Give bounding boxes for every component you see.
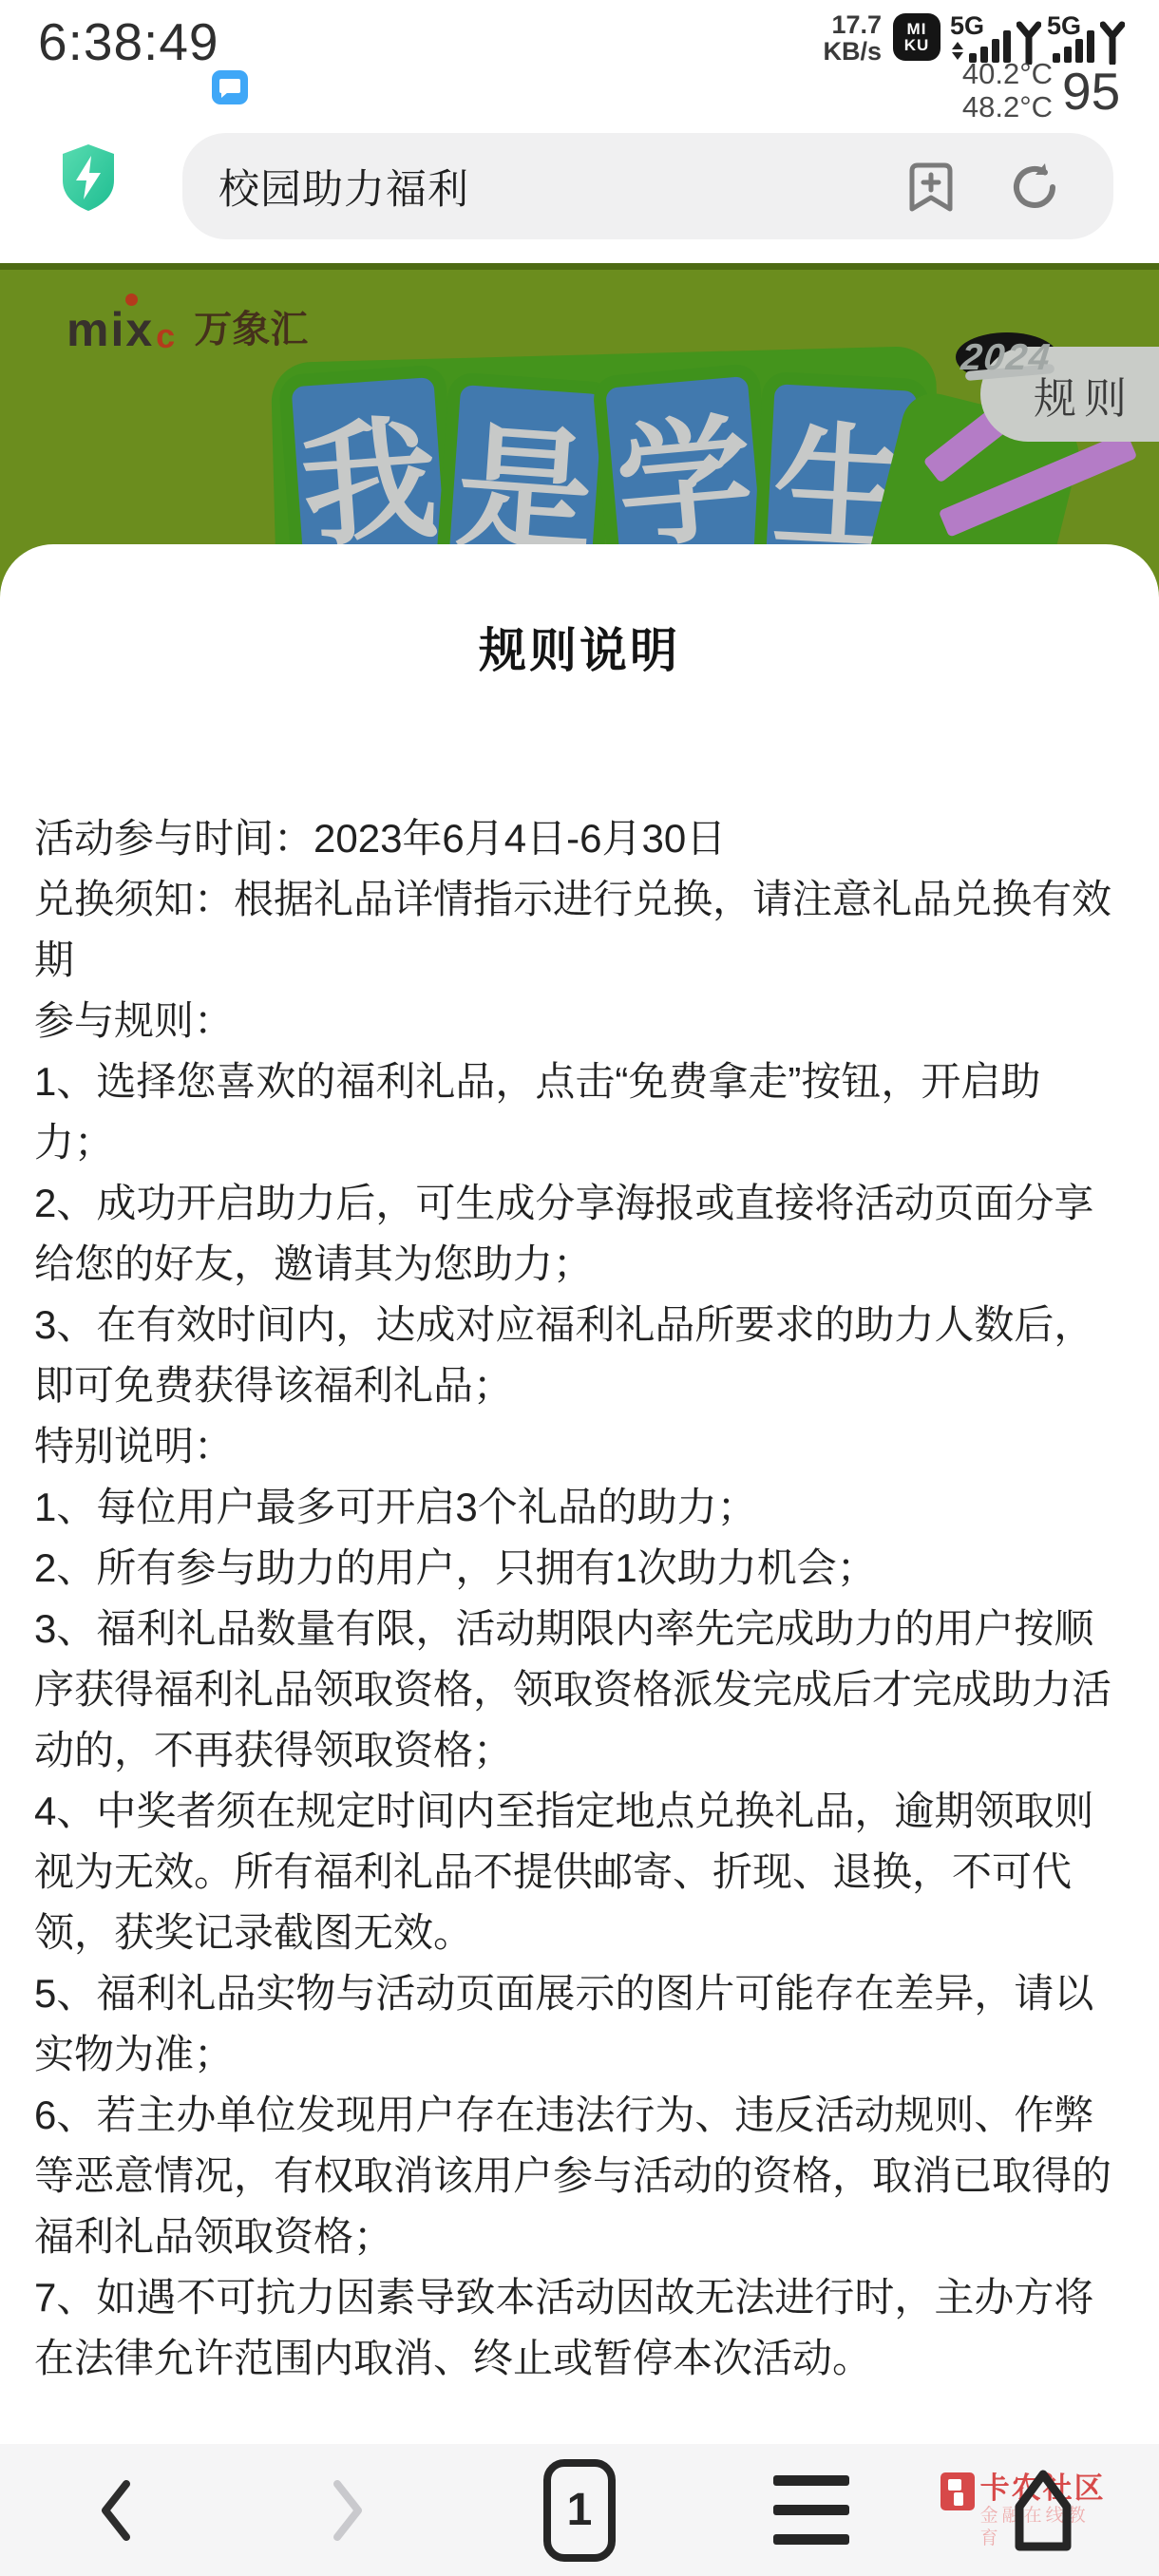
home-icon — [1006, 2465, 1080, 2556]
watermark-logo-icon — [940, 2472, 975, 2510]
miku-carrier-icon: MI KU — [893, 13, 940, 61]
rule-paragraph: 4、中奖者须在规定时间内至指定地点兑换礼品，逾期领取则视为无效。所有福利礼品不提… — [34, 1781, 1117, 1963]
refresh-icon[interactable] — [1009, 161, 1060, 213]
rule-paragraph: 2、成功开启助力后，可生成分享海报或直接将活动页面分享给您的好友，邀请其为您助力… — [34, 1173, 1117, 1295]
menu-button[interactable] — [745, 2453, 878, 2567]
chevron-right-icon — [330, 2478, 366, 2543]
back-button[interactable] — [49, 2453, 182, 2567]
sim2-signal-bars-icon — [1053, 30, 1094, 63]
mixc-logo: mix c 万象汇 — [66, 309, 308, 350]
status-bar: 6:38:49 17.7 KB/s MI KU 5G 5G — [0, 0, 1159, 133]
rule-paragraph: 3、福利礼品数量有限，活动期限内率先完成助力的用户按顺序获得福利礼品领取资格，领… — [34, 1599, 1117, 1781]
temperature-readout: 40.2°C 48.2°C — [921, 57, 1053, 123]
message-notification-icon — [212, 70, 248, 104]
brand-c-text: c — [156, 322, 175, 350]
network-speed: 17.7 KB/s — [809, 11, 882, 65]
network-speed-unit: KB/s — [809, 38, 882, 65]
rules-modal: 规则说明 活动参与时间：2023年6月4日-6月30日 兑换须知：根据礼品详情指… — [0, 544, 1159, 2576]
rule-paragraph: 兑换须知：根据礼品详情指示进行兑换，请注意礼品兑换有效期 — [34, 869, 1117, 991]
browser-address-row: 校园助力福利 — [0, 133, 1159, 263]
rule-paragraph: 3、在有效时间内，达成对应福利礼品所要求的助力人数后，即可免费获得该福利礼品； — [34, 1295, 1117, 1416]
brand-mix-text: mix — [66, 309, 154, 350]
rule-paragraph: 活动参与时间：2023年6月4日-6月30日 — [34, 808, 1117, 869]
chevron-left-icon — [98, 2478, 134, 2543]
tab-counter[interactable]: 1 — [543, 2459, 616, 2562]
browser-bottom-nav: 1 卡农社区 金融在线教育 — [0, 2444, 1159, 2576]
speech-bubble-icon — [219, 79, 240, 93]
modal-title: 规则说明 — [0, 613, 1159, 681]
temperature-2: 48.2°C — [921, 90, 1053, 123]
rule-paragraph: 1、选择您喜欢的福利礼品，点击“免费拿走”按钮，开启助力； — [34, 1051, 1117, 1173]
address-search-field[interactable]: 校园助力福利 — [182, 133, 1113, 239]
battery-percent: 95 — [1062, 61, 1120, 122]
phone-screen: 6:38:49 17.7 KB/s MI KU 5G 5G — [0, 0, 1159, 2576]
carrier-line1: MI — [907, 21, 927, 37]
rule-paragraph: 1、每位用户最多可开启3个礼品的助力； — [34, 1477, 1117, 1538]
banner-top-stripe — [0, 263, 1159, 270]
rule-paragraph: 5、福利礼品实物与活动页面展示的图片可能存在差异，请以实物为准； — [34, 1963, 1117, 2085]
rule-paragraph: 特别说明： — [34, 1416, 1117, 1477]
bookmark-add-icon[interactable] — [908, 161, 954, 215]
rule-paragraph: 参与规则： — [34, 991, 1117, 1051]
temperature-1: 40.2°C — [921, 57, 1053, 90]
sim2-signal-indicator: 5G — [1047, 11, 1123, 65]
brand-chinese-name: 万象汇 — [194, 309, 308, 350]
network-speed-value: 17.7 — [809, 11, 882, 38]
sim2-antenna-icon — [1100, 21, 1125, 65]
security-shield-icon[interactable] — [59, 142, 118, 213]
rule-paragraph: 7、如遇不可抗力因素导致本活动因故无法进行时，主办方将在法律允许范围内取消、终止… — [34, 2267, 1117, 2389]
speech-bubble-tail — [221, 92, 228, 98]
brand-dot-icon — [125, 294, 138, 306]
forward-button[interactable] — [281, 2453, 414, 2567]
rule-paragraph: 2、所有参与助力的用户，只拥有1次助力机会； — [34, 1538, 1117, 1599]
tabs-button[interactable]: 1 — [513, 2453, 646, 2567]
carrier-line2: KU — [904, 37, 930, 53]
hamburger-icon — [773, 2475, 849, 2545]
home-button[interactable]: 卡农社区 金融在线教育 — [977, 2453, 1110, 2567]
year-badge-text: 2024 — [959, 337, 1054, 379]
rules-text: 活动参与时间：2023年6月4日-6月30日 兑换须知：根据礼品详情指示进行兑换… — [34, 808, 1117, 2389]
clock: 6:38:49 — [38, 11, 219, 72]
search-query-text[interactable]: 校园助力福利 — [218, 133, 469, 239]
rule-paragraph: 6、若主办单位发现用户存在违法行为、违反活动规则、作弊等恶意情况，有权取消该用户… — [34, 2085, 1117, 2267]
